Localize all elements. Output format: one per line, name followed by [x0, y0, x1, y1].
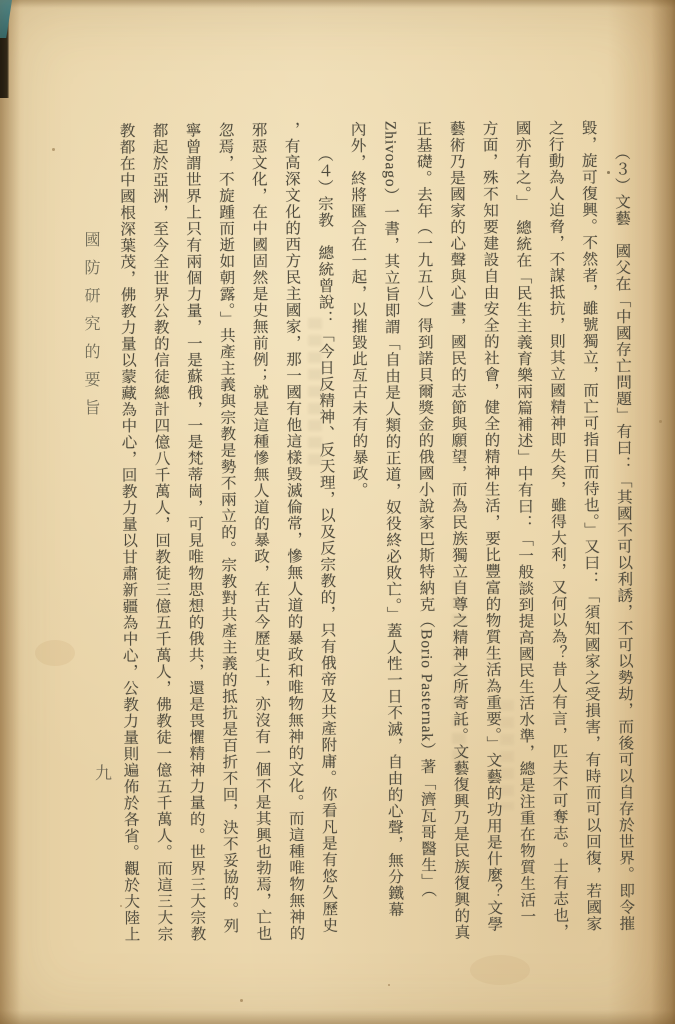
- text-column: 都起於亞洲，至今全世界公教的信徒總計四億八千萬人，回教徒三億五千萬人，佛教徒一億…: [142, 122, 180, 944]
- text-column: 國亦有之。」 總統在「民生主義育樂兩篇補述」中有曰：「一般談到提高國民生活水準，…: [505, 120, 543, 942]
- text-column: 藝術乃是國家的心聲與心畫，國民的志節與願望，而為民族獨立自尊之精神之所寄託。文藝…: [439, 120, 477, 942]
- paper-stain: [35, 640, 75, 666]
- paper-speck: [388, 984, 390, 986]
- margin-title: 國防研究的要旨: [79, 231, 102, 427]
- paper-stain: [470, 955, 530, 985]
- body-text-block: （３）文藝 國父在「中國存亡問題」有曰：「其國不可以利誘，不可以勢劫，而後可以自…: [107, 119, 642, 944]
- text-column: 正基礎。去年（一九五八）得到諾貝爾獎金的俄國小說家巴斯特納克（Borio Pas…: [406, 121, 444, 943]
- text-column: Zhivoago）一書，其立旨即謂「自由是人類的正道，奴役終必敗亡。」蓋人性一日…: [373, 121, 411, 943]
- text-column: 之行動為人迫脅，不謀抵抗，則其立國精神即失矣，雖得大利，又何以為？昔人有言，匹夫…: [538, 120, 576, 942]
- scan-edge-shadow-right: [651, 0, 675, 1024]
- scan-edge-shadow-bottom: [0, 1010, 675, 1024]
- text-column: 教都在中國根深葉茂，佛教力量以蒙藏為中心，回教力量以甘肅新疆為中心，公教力量則遍…: [109, 122, 147, 944]
- paper-speck: [659, 420, 662, 423]
- text-column: 方面，殊不知要建設自由安全的社會，健全的精神生活，要比豐富的物質生活為重要。」文…: [472, 120, 510, 942]
- scan-edge-shadow-top: [0, 0, 675, 8]
- text-column: （３）文藝 國父在「中國存亡問題」有曰：「其國不可以利誘，不可以勢劫，而後可以自…: [604, 119, 642, 941]
- page-number: 九: [95, 759, 112, 784]
- text-column: 毀，旋可復興。不然者，雖號獨立，而亡可指日而待也。」又曰：「須知國家之受損害，有…: [571, 120, 609, 942]
- text-column: 邪惡文化，在中國固然是史無前例；就是這種慘無人道的暴政，在古今歷史上，亦沒有一個…: [241, 122, 279, 944]
- text-column: 寧曾謂世界上只有兩個力量，一是蘇俄，一是梵蒂崗，可見唯物思想的俄共，還是畏懼精神…: [175, 122, 213, 944]
- text-column: （４）宗教 總統曾說：「今日反精神、反天理，以及反宗教的，只有俄帝及共產附庸。你…: [307, 121, 345, 943]
- scanned-page: 國防研究的要旨 九 （３）文藝 國父在「中國存亡問題」有曰：「其國不可以利誘，不…: [0, 0, 675, 1024]
- text-column: 內外，終將匯合在一起，以摧毀此亙古未有的暴政。: [340, 121, 378, 943]
- text-column: 忽焉，不旋踵而逝如朝露。」共產主義與宗教是勢不兩立的。宗教對共產主義的抵抗是百折…: [208, 122, 246, 944]
- text-column: ，有高深文化的西方民主國家，那一國有他這樣毀滅倫常，慘無人道的暴政和唯物無神的文…: [274, 121, 312, 943]
- scan-edge-shadow-left: [0, 0, 20, 1024]
- paper-speck: [240, 999, 243, 1002]
- paper-speck: [52, 148, 55, 151]
